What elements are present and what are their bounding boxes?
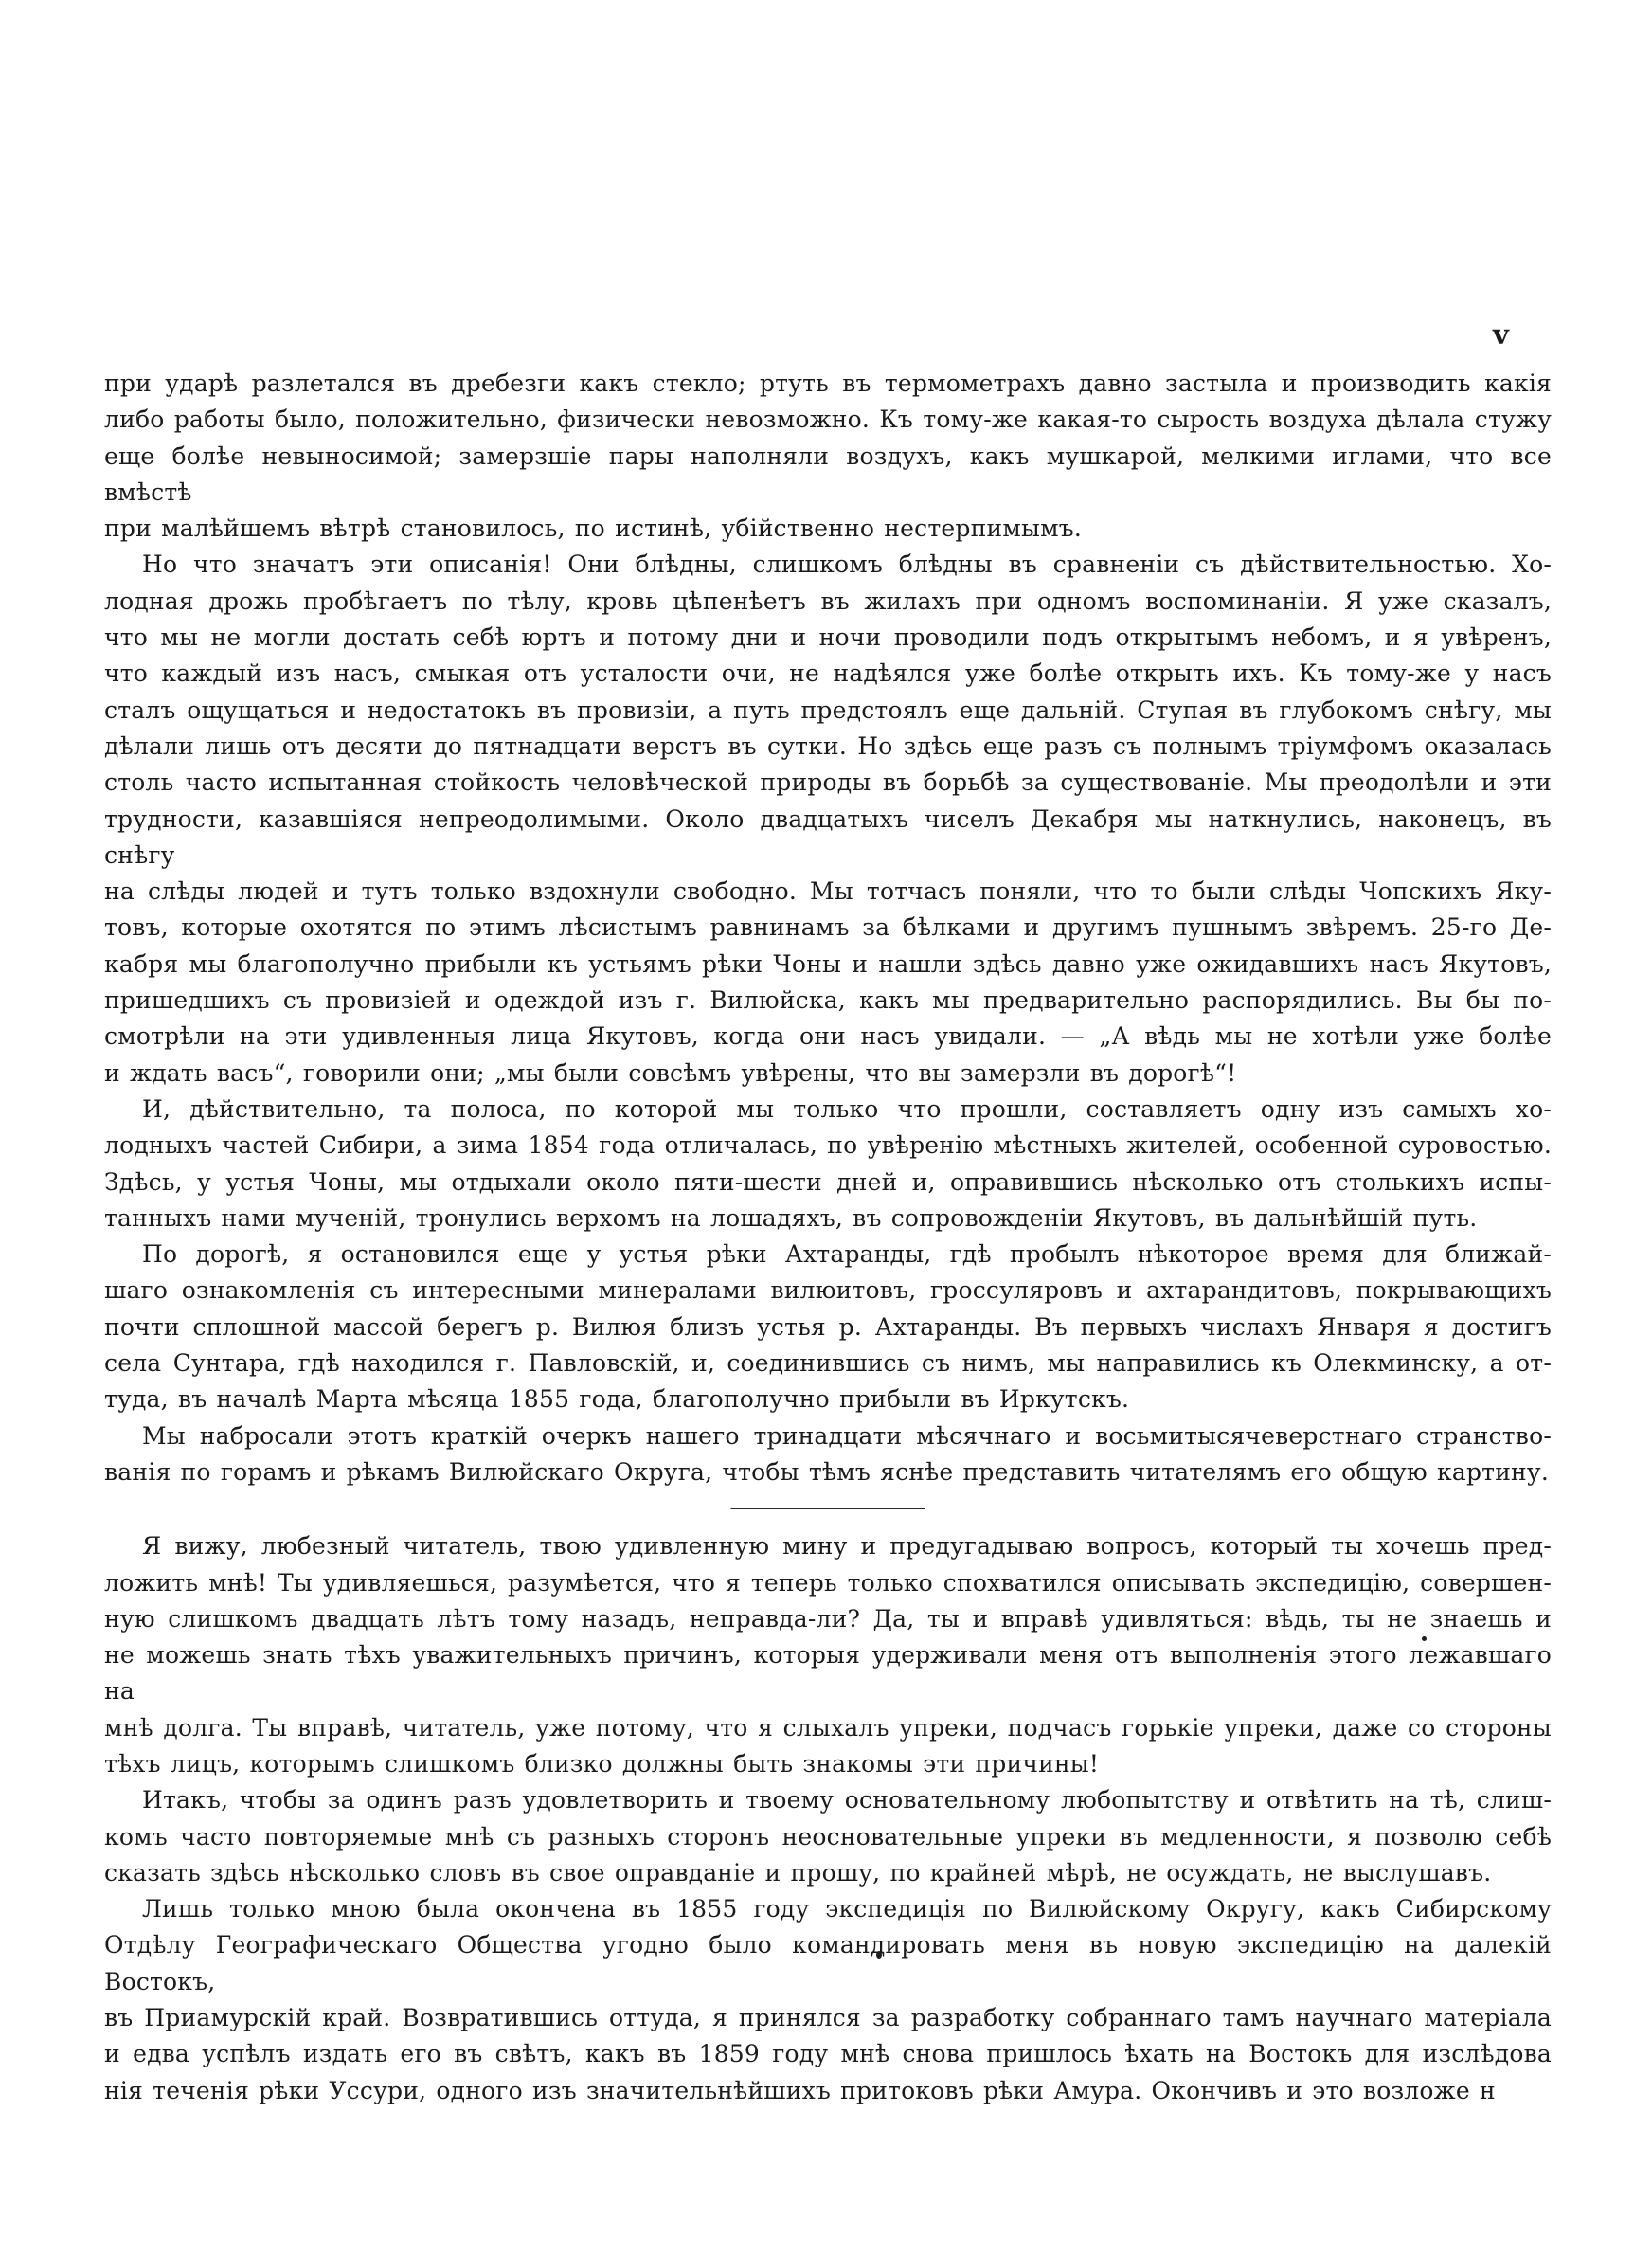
text-line: почти сплошной массой берегъ р. Вилюя бл… (104, 1309, 1552, 1345)
text-line: туда, въ началѣ Марта мѣсяца 1855 года, … (104, 1381, 1552, 1417)
text-line: сказать здѣсь нѣсколько словъ въ свое оп… (104, 1855, 1552, 1891)
text-line: и ждать васъ“, говорили они; „мы были со… (104, 1056, 1552, 1092)
ink-speck (876, 1951, 882, 1959)
text-line: Мы набросали этотъ краткій очеркъ нашего… (104, 1418, 1552, 1454)
text-line: Здѣсь, у устья Чоны, мы отдыхали около п… (104, 1165, 1552, 1201)
text-line: По дорогѣ, я остановился еще у устья рѣк… (104, 1237, 1552, 1273)
text-line: не можешь знать тѣхъ уважительныхъ причи… (104, 1637, 1552, 1710)
text-line: Отдѣлу Географическаго Общества угодно б… (104, 1927, 1552, 2000)
text-line: ложить мнѣ! Ты удивляешься, разумѣется, … (104, 1565, 1552, 1601)
text-line: ную слишкомъ двадцать лѣтъ тому назадъ, … (104, 1601, 1552, 1637)
text-line: что мы не могли достать себѣ юртъ и пото… (104, 620, 1552, 656)
page-number: v (1493, 318, 1510, 351)
text-line: пришедшихъ съ провизіей и одеждой изъ г.… (104, 983, 1552, 1019)
text-block: при ударѣ разлетался въ дребезги какъ ст… (104, 366, 1552, 2109)
text-line: нія теченія рѣки Уссури, одного изъ знач… (104, 2073, 1552, 2109)
text-line: Лишь только мною была окончена въ 1855 г… (104, 1891, 1552, 1927)
paragraph: при ударѣ разлетался въ дребезги какъ ст… (104, 366, 1552, 547)
text-line: еще болѣе невыносимой; замерзшіе пары на… (104, 439, 1552, 512)
text-line: мнѣ долга. Ты вправѣ, читатель, уже пото… (104, 1710, 1552, 1746)
text-line: и едва успѣлъ издать его въ свѣтъ, какъ … (104, 2036, 1552, 2072)
text-line: лодныхъ частей Сибири, а зима 1854 года … (104, 1128, 1552, 1164)
text-line: тѣхъ лицъ, которымъ слишкомъ близко долж… (104, 1746, 1552, 1782)
text-line: лодная дрожь пробѣгаетъ по тѣлу, кровь ц… (104, 584, 1552, 620)
text-line: Я вижу, любезный читатель, твою удивленн… (104, 1528, 1552, 1564)
text-line: И, дѣйствительно, та полоса, по которой … (104, 1092, 1552, 1128)
paragraph: По дорогѣ, я остановился еще у устья рѣк… (104, 1237, 1552, 1417)
text-line: столь часто испытанная стойкость человѣч… (104, 765, 1552, 801)
divider-rule (731, 1508, 925, 1509)
text-line: кабря мы благополучно прибыли къ устьямъ… (104, 947, 1552, 983)
text-line: шаго ознакомленія съ интересными минерал… (104, 1273, 1552, 1309)
section-divider (104, 1490, 1552, 1528)
text-line: товъ, которые охотятся по этимъ лѣсистым… (104, 910, 1552, 946)
book-page: v при ударѣ разлетался въ дребезги какъ … (0, 0, 1652, 2257)
text-line: дѣлали лишь отъ десяти до пятнадцати вер… (104, 729, 1552, 765)
text-line: что каждый изъ насъ, смыкая отъ усталост… (104, 656, 1552, 692)
paragraph: Но что значатъ эти описанія! Они блѣдны,… (104, 547, 1552, 1091)
text-line: села Сунтара, гдѣ находился г. Павловскі… (104, 1345, 1552, 1381)
text-line: на слѣды людей и тутъ только вздохнули с… (104, 874, 1552, 910)
paragraph: И, дѣйствительно, та полоса, по которой … (104, 1092, 1552, 1237)
text-line: Итакъ, чтобы за одинъ разъ удовлетворить… (104, 1782, 1552, 1818)
paragraph: Лишь только мною была окончена въ 1855 г… (104, 1891, 1552, 2109)
text-line: танныхъ нами мученій, тронулись верхомъ … (104, 1201, 1552, 1237)
text-line: ванія по горамъ и рѣкамъ Вилюйскаго Окру… (104, 1454, 1552, 1490)
paragraph: Мы набросали этотъ краткій очеркъ нашего… (104, 1418, 1552, 1491)
text-line: при малѣйшемъ вѣтрѣ становилось, по исти… (104, 511, 1552, 547)
text-line: трудности, казавшіяся непреодолимыми. Ок… (104, 802, 1552, 875)
text-line: комъ часто повторяемые мнѣ съ разныхъ ст… (104, 1819, 1552, 1855)
text-line: въ Приамурскій край. Возвратившись оттуд… (104, 2000, 1552, 2036)
text-line: сталъ ощущаться и недостатокъ въ провизі… (104, 693, 1552, 729)
paragraph: Итакъ, чтобы за одинъ разъ удовлетворить… (104, 1782, 1552, 1891)
ink-speck (1422, 1636, 1427, 1641)
text-line: при ударѣ разлетался въ дребезги какъ ст… (104, 366, 1552, 402)
paragraph: Я вижу, любезный читатель, твою удивленн… (104, 1528, 1552, 1782)
text-line: смотрѣли на эти удивленныя лица Якутовъ,… (104, 1019, 1552, 1055)
text-line: Но что значатъ эти описанія! Они блѣдны,… (104, 547, 1552, 583)
text-line: либо работы было, положительно, физическ… (104, 402, 1552, 438)
